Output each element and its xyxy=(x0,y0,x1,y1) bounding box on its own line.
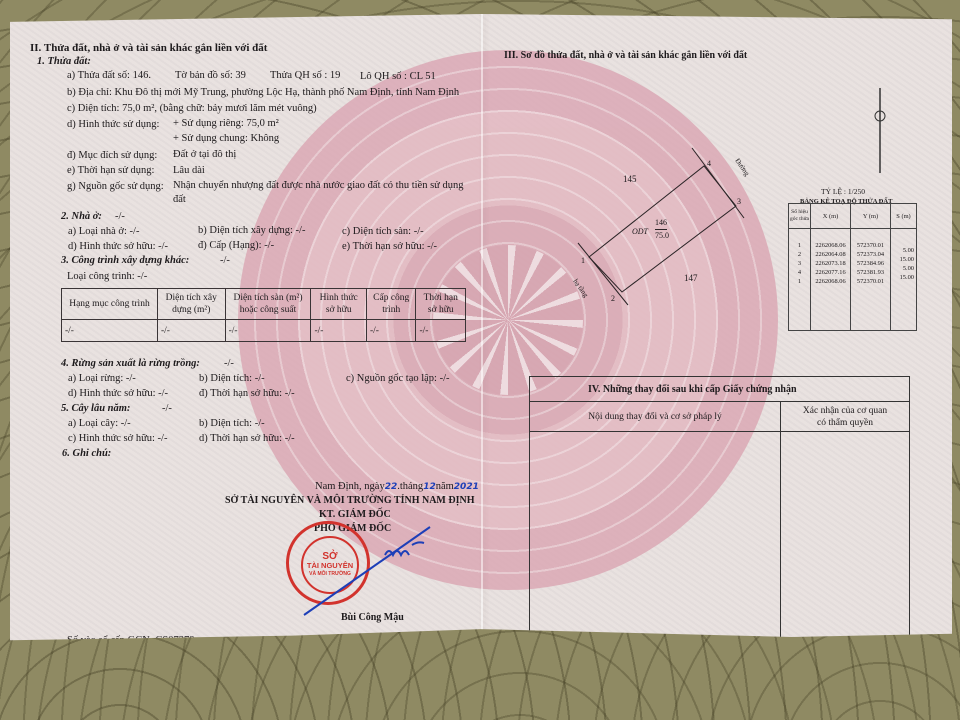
coord-cell: 572373.04 xyxy=(851,250,890,259)
perennial-type: a) Loại cây: -/- xyxy=(68,417,131,430)
coord-cell: 572370.01 xyxy=(851,241,890,250)
vertex-2: 2 xyxy=(611,292,615,305)
coord-cell: 2262068.06 xyxy=(811,277,850,286)
notes-heading: 6. Ghi chú: xyxy=(62,447,111,460)
works-col-ownership: Hình thức sở hữu xyxy=(311,289,367,320)
certificate-paper: II. Thửa đất, nhà ở và tài sản khác gắn … xyxy=(10,10,952,670)
plan-parcel: Thửa QH số : 19 xyxy=(270,69,340,82)
coord-cell: 2 xyxy=(789,250,810,259)
place-date: Nam Định, ngày22.tháng12năm2021 xyxy=(315,480,479,494)
coord-cell: 1 xyxy=(789,241,810,250)
coord-cell: 572381.93 xyxy=(851,268,890,277)
confirm-line-1: Xác nhận của cơ quan xyxy=(803,406,887,416)
confirm-line-2: có thẩm quyền xyxy=(817,418,873,428)
coord-cell: 15.00 xyxy=(891,255,914,264)
vertex-3: 3 xyxy=(737,195,741,208)
table-cell: -/- xyxy=(157,320,225,342)
coord-cell: 5.00 xyxy=(891,246,914,255)
parcel-no: a) Thửa đất số: 146. xyxy=(67,69,151,82)
land-heading: 1. Thửa đất: xyxy=(37,55,91,68)
plot-parcel-no: 146 xyxy=(655,216,667,230)
registry-number: Số vào sổ cấp GCN: CS07378 xyxy=(67,634,194,647)
house-heading-value: -/- xyxy=(115,210,125,223)
coord-cell: 2262064.08 xyxy=(811,250,850,259)
coord-col-s: S (m) xyxy=(891,204,916,228)
area: c) Diện tích: 75,0 m², (bằng chữ: bảy mư… xyxy=(67,102,317,115)
map-sheet: Tờ bản đồ số: 39 xyxy=(175,69,246,82)
signer-name: Bùi Công Mậu xyxy=(341,611,404,624)
signature-scribble xyxy=(290,515,440,625)
use-shared: + Sử dụng chung: Không xyxy=(173,132,279,145)
works-col-floor-area: Diện tích sàn (m²) hoặc công suất xyxy=(225,289,311,320)
date-day: 22 xyxy=(385,482,398,492)
table-cell: -/- xyxy=(366,320,415,342)
changes-col-content: Nội dung thay đổi và cơ sở pháp lý xyxy=(530,402,781,431)
neighbor-south: 147 xyxy=(684,272,698,285)
house-ownership: d) Hình thức sở hữu: -/- xyxy=(68,240,168,253)
perennial-area: b) Diện tích: -/- xyxy=(199,417,265,430)
vertex-4: 4 xyxy=(707,157,711,170)
coordinates-table: Số hiệu góc thửa X (m) Y (m) S (m) 12341… xyxy=(788,203,917,331)
coord-cell: 2262068.06 xyxy=(811,241,850,250)
house-term: e) Thời hạn sở hữu: -/- xyxy=(342,240,437,253)
table-cell: -/- xyxy=(311,320,367,342)
coord-cell: 2262073.18 xyxy=(811,259,850,268)
place-date-prefix: Nam Định, ngày xyxy=(315,481,385,492)
coord-ids: 12341 xyxy=(789,229,811,330)
date-month: 12 xyxy=(423,482,436,492)
coord-cell: 5.00 xyxy=(891,264,914,273)
coord-cell: 15.00 xyxy=(891,273,914,282)
coord-ss: 5.0015.005.0015.00 xyxy=(891,229,916,330)
table-cell: -/- xyxy=(225,320,311,342)
plot-area: 75.0 xyxy=(655,229,669,242)
forest-heading: 4. Rừng sản xuất là rừng trồng: xyxy=(61,357,200,370)
term-value: Lâu dài xyxy=(173,164,205,177)
house-build-area: b) Diện tích xây dựng: -/- xyxy=(198,224,305,237)
house-floor-area: c) Diện tích sàn: -/- xyxy=(342,225,424,238)
term-label: e) Thời hạn sử dụng: xyxy=(67,164,154,177)
month-label: tháng xyxy=(400,481,423,492)
works-col-item: Hạng mục công trình xyxy=(62,289,158,320)
use-form-label: d) Hình thức sử dụng: xyxy=(67,118,159,131)
neighbor-north: 145 xyxy=(623,173,637,186)
coord-col-id: Số hiệu góc thửa xyxy=(789,204,811,228)
other-works-heading-value: -/- xyxy=(220,254,230,267)
forest-term: đ) Thời hạn sở hữu: -/- xyxy=(199,387,295,400)
section-iii-title: III. Sơ đồ thửa đất, nhà ở và tài sản kh… xyxy=(504,49,747,62)
coord-col-x: X (m) xyxy=(811,204,851,228)
coord-cell: 4 xyxy=(789,268,810,277)
perennial-ownership: c) Hình thức sở hữu: -/- xyxy=(68,432,167,445)
use-private: + Sử dụng riêng: 75,0 m² xyxy=(173,117,279,130)
perennial-heading: 5. Cây lâu năm: xyxy=(61,402,130,415)
changes-table: IV. Những thay đổi sau khi cấp Giấy chứn… xyxy=(529,376,910,645)
house-type: a) Loại nhà ở: -/- xyxy=(68,225,139,238)
works-type: Loại công trình: -/- xyxy=(67,270,147,283)
other-works-heading: 3. Công trình xây dựng khác: xyxy=(61,254,189,267)
table-row: -/- -/- -/- -/- -/- -/- xyxy=(62,320,466,342)
house-grade: đ) Cấp (Hạng): -/- xyxy=(198,239,274,252)
coord-col-y: Y (m) xyxy=(851,204,891,228)
date-year: 2021 xyxy=(454,482,479,492)
vertex-1: 1 xyxy=(581,254,585,267)
forest-heading-value: -/- xyxy=(224,357,234,370)
address: b) Địa chỉ: Khu Đô thị mới Mỹ Trung, phư… xyxy=(67,86,459,99)
works-col-grade: Cấp công trình xyxy=(366,289,415,320)
north-arrow-icon xyxy=(870,88,890,178)
coord-xs: 2262068.062262064.082262073.182262077.16… xyxy=(811,229,851,330)
coord-cell: 572370.01 xyxy=(851,277,890,286)
coord-cell: 1 xyxy=(789,277,810,286)
works-col-term: Thời hạn sở hữu xyxy=(416,289,466,320)
coord-ys: 572370.01572373.04572384.96572381.935723… xyxy=(851,229,891,330)
column-divider xyxy=(780,401,781,644)
house-heading: 2. Nhà ở: xyxy=(61,210,102,223)
forest-origin: c) Nguồn gốc tạo lập: -/- xyxy=(346,372,450,385)
year-label: năm xyxy=(436,481,454,492)
origin-value-1: Nhận chuyển nhượng đất được nhà nước gia… xyxy=(173,179,463,192)
authority: SỞ TÀI NGUYÊN VÀ MÔI TRƯỜNG TỈNH NAM ĐỊN… xyxy=(225,494,474,507)
forest-area: b) Diện tích: -/- xyxy=(199,372,265,385)
land-code: ODT xyxy=(632,225,648,238)
table-cell: -/- xyxy=(62,320,158,342)
origin-label: g) Nguồn gốc sử dụng: xyxy=(67,180,164,193)
purpose-value: Đất ở tại đô thị xyxy=(173,148,236,161)
works-col-build-area: Diện tích xây dựng (m²) xyxy=(157,289,225,320)
table-cell: -/- xyxy=(416,320,466,342)
plan-lot: Lô QH số : CL 51 xyxy=(360,70,436,83)
forest-ownership: d) Hình thức sở hữu: -/- xyxy=(68,387,168,400)
origin-value-2: đất xyxy=(173,193,186,206)
perennial-term: d) Thời hạn sở hữu: -/- xyxy=(199,432,295,445)
changes-col-confirm: Xác nhận của cơ quancó thẩm quyền xyxy=(781,402,909,431)
coord-cell: 2262077.16 xyxy=(811,268,850,277)
forest-type: a) Loại rừng: -/- xyxy=(68,372,136,385)
coord-cell: 572384.96 xyxy=(851,259,890,268)
works-table: Hạng mục công trình Diện tích xây dựng (… xyxy=(61,288,466,342)
purpose-label: đ) Mục đích sử dụng: xyxy=(67,149,157,162)
coord-cell: 3 xyxy=(789,259,810,268)
perennial-heading-value: -/- xyxy=(162,402,172,415)
changes-title: IV. Những thay đổi sau khi cấp Giấy chứn… xyxy=(530,377,909,402)
section-ii-title: II. Thửa đất, nhà ở và tài sản khác gắn … xyxy=(30,42,267,55)
